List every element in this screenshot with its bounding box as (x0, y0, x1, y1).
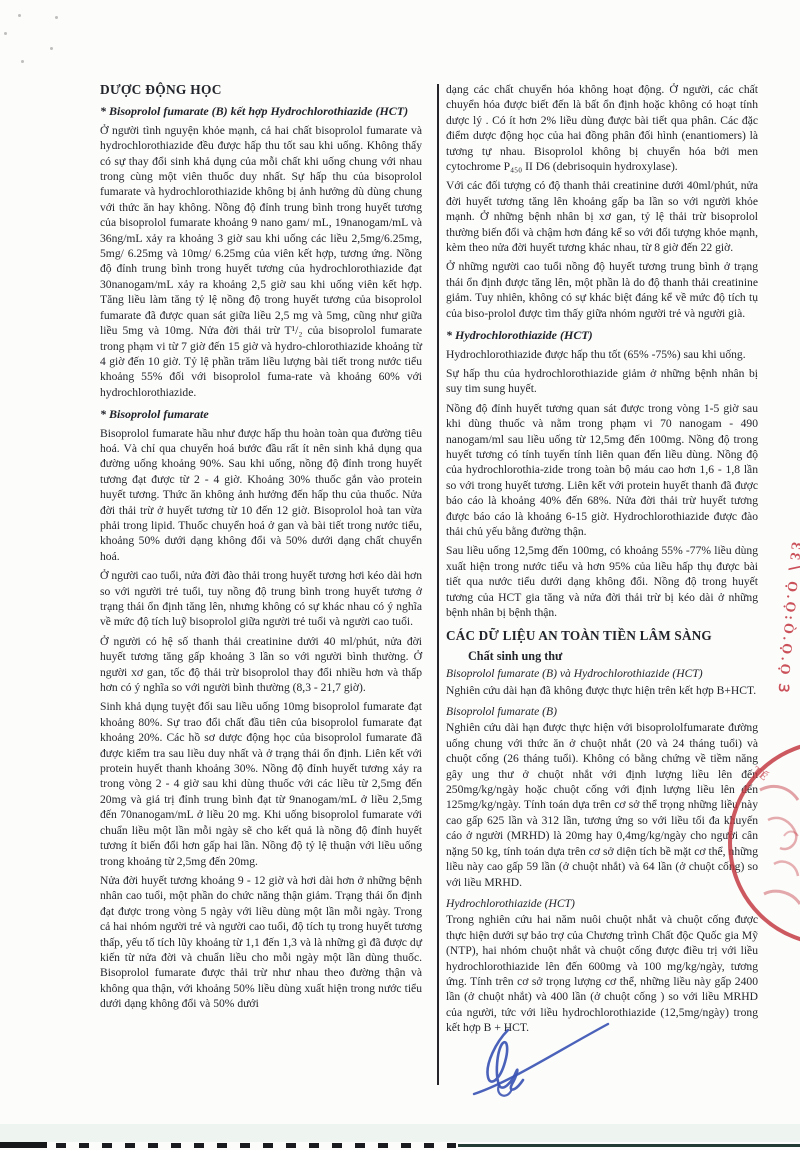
scan-speck (18, 14, 21, 17)
paragraph: Nghiên cứu dài hạn được thực hiện với bi… (446, 720, 758, 889)
paragraph: Sự hấp thu của hydrochlorothiazide giảm … (446, 366, 758, 397)
paragraph: Với các đối tượng có độ thanh thải creat… (446, 178, 758, 255)
paragraph: dạng các chất chuyển hóa không hoạt động… (446, 82, 758, 174)
scan-speck (21, 60, 24, 63)
red-stamp-fragment: ƐƐ∖ Ọ.Ọ:Ò.Ọ.Ọ Ɜ ᵎ./ (755, 540, 800, 703)
paragraph: Ở người tình nguyện khỏe mạnh, cả hai ch… (100, 123, 422, 400)
paragraph: Bisoprolol fumarate hầu như được hấp thu… (100, 426, 422, 565)
signature (452, 1014, 622, 1106)
italic-line-bisoprolol: Bisoprolol fumarate (B) (446, 704, 758, 719)
scan-speck (50, 47, 53, 50)
paragraph: Nghiên cứu dài hạn đã không được thực hi… (446, 683, 758, 698)
paragraph: Nửa đời huyết tương khoảng 9 - 12 giờ và… (100, 873, 422, 1012)
paragraph: Hydrochlorothiazide được hấp thu tốt (65… (446, 347, 758, 362)
scan-bottom-line (458, 1144, 800, 1147)
paragraph: Ở người có hệ số thanh thải creatinine d… (100, 634, 422, 696)
column-divider (437, 84, 439, 1085)
scan-speck (55, 16, 58, 19)
section-heading-preclinical-safety: CÁC DỮ LIỆU AN TOÀN TIỀN LÂM SÀNG (446, 628, 758, 643)
scan-dashes (56, 1143, 456, 1148)
document-page: DƯỢC ĐỘNG HỌC * Bisoprolol fumarate (B) … (0, 0, 800, 1150)
paragraph: Sau liều uống 12,5mg đến 100mg, có khoản… (446, 543, 758, 620)
subheading-bisoprolol-fumarate: * Bisoprolol fumarate (100, 407, 422, 422)
paragraph: Sinh khả dụng tuyệt đối sau liều uống 10… (100, 699, 422, 868)
scan-speck (4, 32, 7, 35)
italic-line-b-and-hct: Bisoprolol fumarate (B) và Hydrochloroth… (446, 666, 758, 681)
scan-tint-band (0, 1124, 800, 1142)
paragraph: Ở người cao tuổi, nửa đời đào thải trong… (100, 568, 422, 630)
subheading-b-plus-hct: * Bisoprolol fumarate (B) kết hợp Hydroc… (100, 104, 422, 119)
subheading-carcinogenesis: Chất sinh ung thư (446, 649, 758, 664)
scan-bar (0, 1142, 47, 1148)
italic-line-hct: Hydrochlorothiazide (HCT) (446, 896, 758, 911)
paragraph: Ở những người cao tuổi nồng độ huyết tươ… (446, 259, 758, 321)
left-column: DƯỢC ĐỘNG HỌC * Bisoprolol fumarate (B) … (100, 82, 422, 1016)
paragraph: Nồng độ đỉnh huyết tương quan sát được t… (446, 401, 758, 540)
right-column: dạng các chất chuyển hóa không hoạt động… (446, 82, 758, 1040)
round-stamp-squiggles (740, 760, 800, 930)
subheading-hydrochlorothiazide: * Hydrochlorothiazide (HCT) (446, 328, 758, 343)
section-heading-pharmacokinetics: DƯỢC ĐỘNG HỌC (100, 82, 422, 97)
